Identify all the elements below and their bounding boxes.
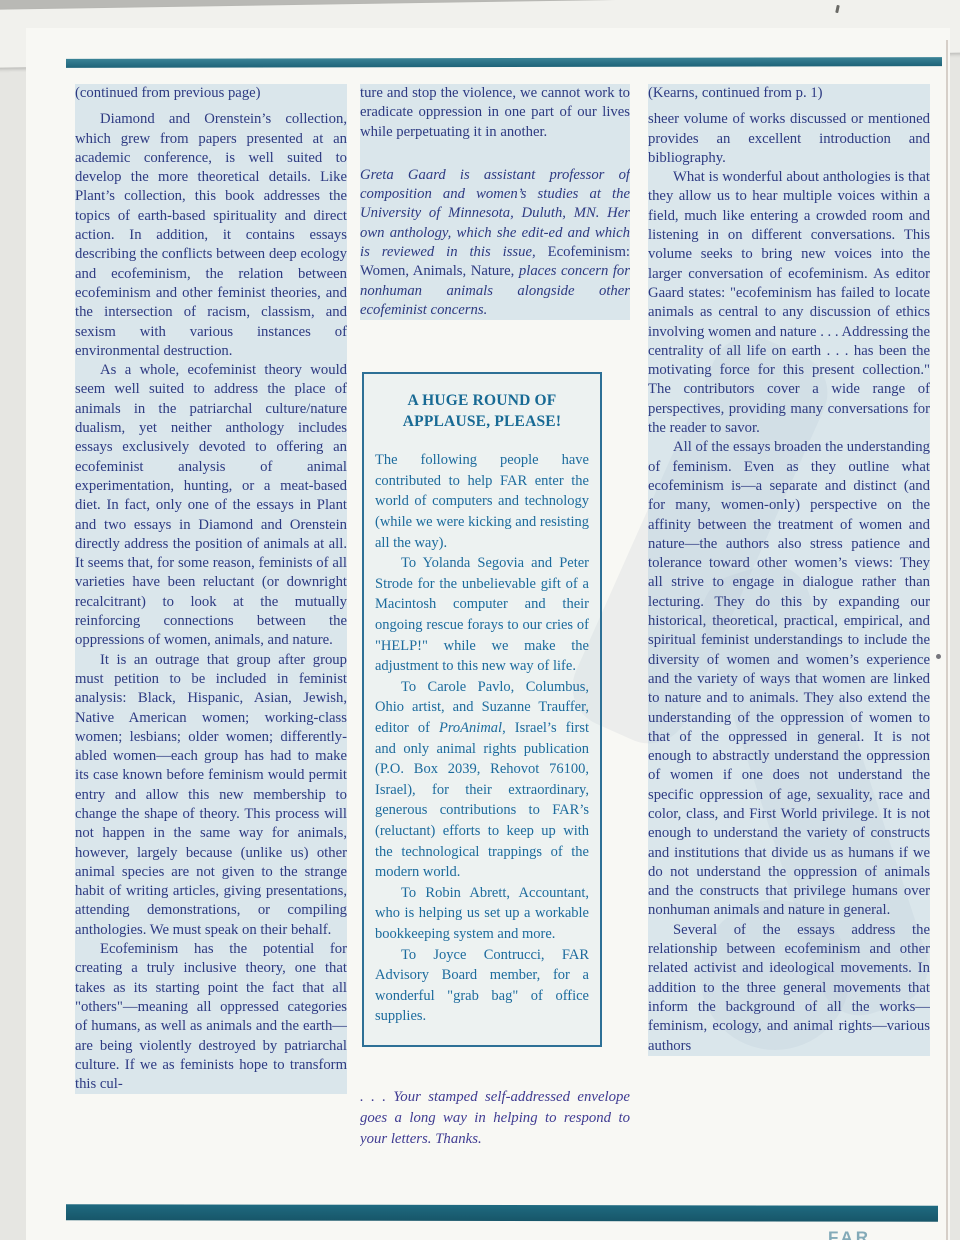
paragraph: All of the essays broaden the understand… (648, 438, 930, 920)
box-paragraph: To Yolanda Segovia and Peter Strode for … (375, 553, 589, 677)
box-paragraph: To Robin Abrett, Accountant, who is help… (375, 883, 589, 945)
paragraph: It is an outrage that group after group … (75, 651, 347, 940)
paragraph: Several of the essays address the relati… (648, 921, 930, 1056)
column-left-text-block: (continued from previous page) Diamond a… (75, 84, 347, 1094)
paragraph: As a whole, ecofeminist theory would see… (75, 361, 347, 650)
column-right: (Kearns, continued from p. 1) sheer volu… (648, 84, 930, 1186)
editor-footer-note: . . . Your stamped self-addressed envelo… (360, 1087, 630, 1150)
column-middle: ture and stop the violence, we cannot wo… (360, 84, 630, 1186)
page-right-edge (946, 40, 948, 1240)
box-paragraph: To Carole Pavlo, Columbus, Ohio artist, … (375, 677, 589, 883)
column-right-text-block: (Kearns, continued from p. 1) sheer volu… (648, 84, 930, 1056)
paragraph: Diamond and Orenstein’s collection, whic… (75, 110, 347, 361)
continuation-note-right: (Kearns, continued from p. 1) (648, 84, 930, 103)
top-rule (66, 57, 942, 68)
continuation-note-left: (continued from previous page) (75, 84, 347, 103)
column-left: (continued from previous page) Diamond a… (75, 84, 347, 1186)
paragraph: What is wonderful about anthologies is t… (648, 168, 930, 438)
paragraph: Ecofeminism has the potential for creati… (75, 940, 347, 1094)
author-bio: Greta Gaard is assistant professor of co… (360, 166, 630, 320)
column-middle-text-block: ture and stop the violence, we cannot wo… (360, 84, 630, 320)
box-paragraph: The following people have contributed to… (375, 450, 589, 553)
ink-speck (936, 654, 941, 659)
bottom-rule (66, 1204, 938, 1222)
applause-box-heading: A HUGE ROUND OFAPPLAUSE, PLEASE! (375, 390, 589, 432)
paragraph: sheer volume of works discussed or menti… (648, 110, 930, 168)
box-paragraph: To Joyce Contrucci, FAR Advisory Board m… (375, 945, 589, 1027)
paragraph: ture and stop the violence, we cannot wo… (360, 84, 630, 142)
newsletter-page-scan: (continued from previous page) Diamond a… (0, 0, 960, 1240)
applause-box: A HUGE ROUND OFAPPLAUSE, PLEASE! The fol… (362, 372, 602, 1047)
footer-far-mark: FAR (828, 1228, 871, 1240)
publication-title: ProAnimal (439, 720, 502, 736)
